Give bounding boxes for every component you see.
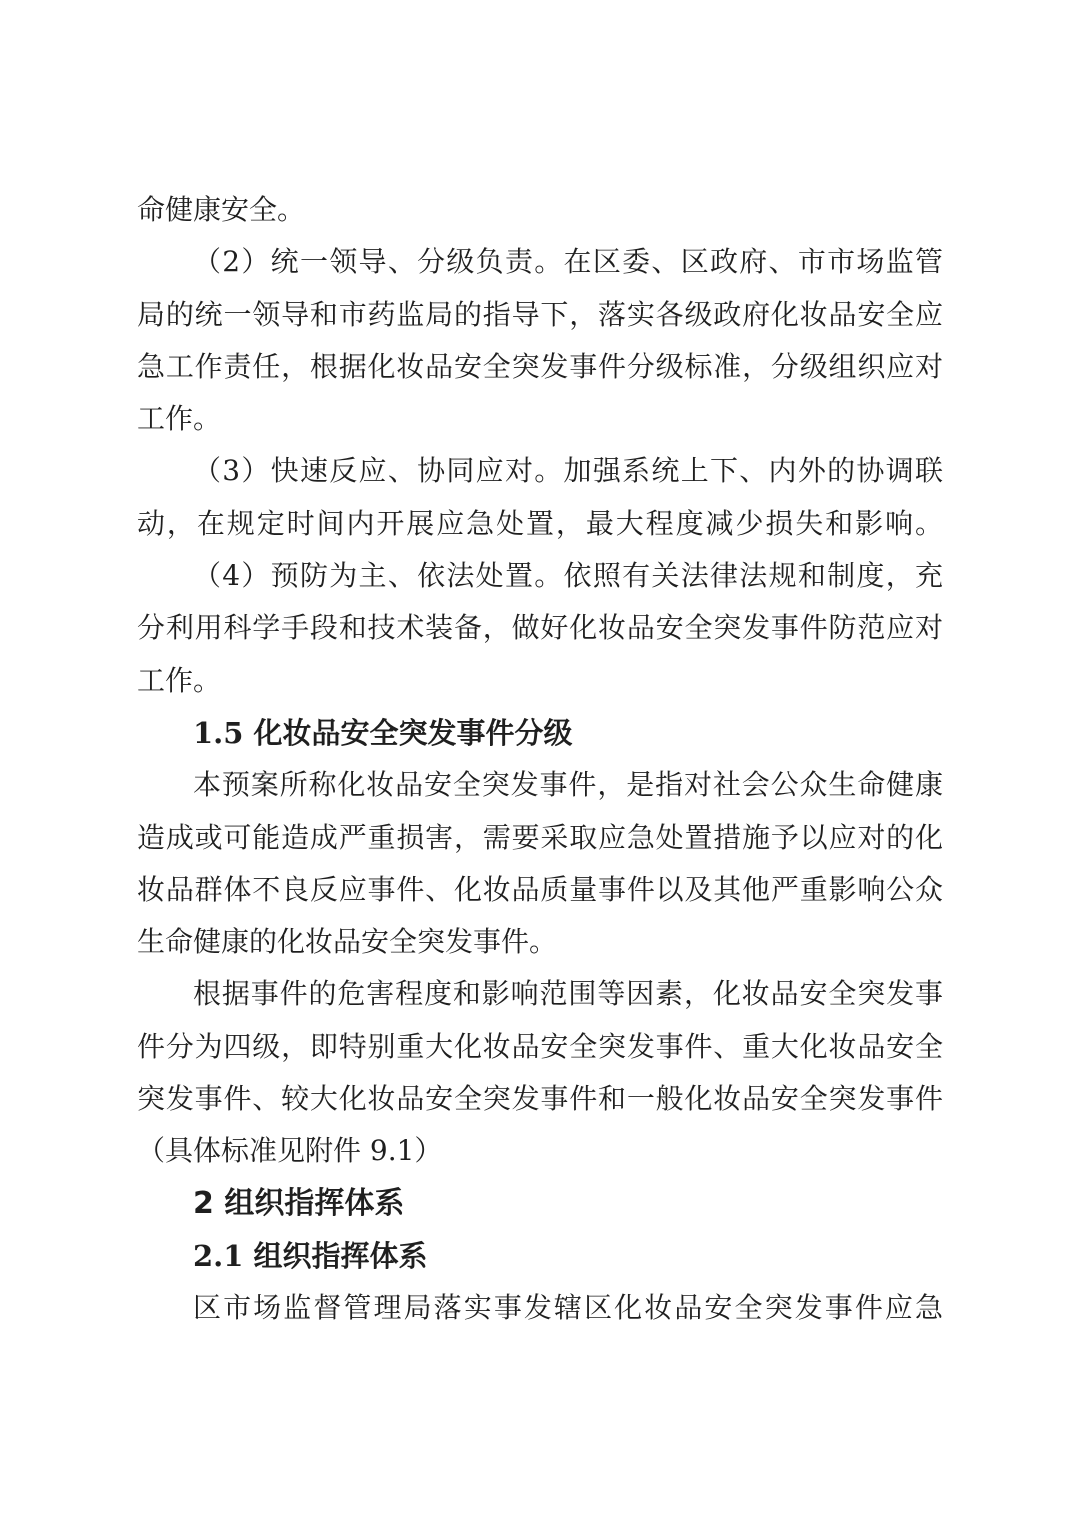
text-line: 急工作责任，根据化妆品安全突发事件分级标准，分级组织应对 [137,341,943,393]
text-line: 工作。 [137,393,943,445]
text-line: （2）统一领导、分级负责。在区委、区政府、市市场监管 [137,236,943,288]
text-line: 妆品群体不良反应事件、化妆品质量事件以及其他严重影响公众 [137,864,943,916]
text-line: 突发事件、较大化妆品安全突发事件和一般化妆品安全突发事件 [137,1073,943,1125]
section-heading: 2 组织指挥体系 [137,1178,943,1230]
text-column: 命健康安全。（2）统一领导、分级负责。在区委、区政府、市市场监管局的统一领导和市… [137,184,943,1335]
text-line: 工作。 [137,655,943,707]
text-line: 本预案所称化妆品安全突发事件，是指对社会公众生命健康 [137,759,943,811]
subsection-heading: 1.5 化妆品安全突发事件分级 [137,707,943,759]
text-line: 根据事件的危害程度和影响范围等因素，化妆品安全突发事 [137,968,943,1020]
text-line: 造成或可能造成严重损害，需要采取应急处置措施予以应对的化 [137,812,943,864]
text-line: 局的统一领导和市药监局的指导下，落实各级政府化妆品安全应 [137,289,943,341]
document-page: 命健康安全。（2）统一领导、分级负责。在区委、区政府、市市场监管局的统一领导和市… [0,0,1074,1520]
text-line: 件分为四级，即特别重大化妆品安全突发事件、重大化妆品安全 [137,1021,943,1073]
text-line: （4）预防为主、依法处置。依照有关法律法规和制度，充 [137,550,943,602]
text-line: （具体标准见附件 9.1） [137,1125,943,1177]
text-line: （3）快速反应、协同应对。加强系统上下、内外的协调联 [137,445,943,497]
text-line: 分利用科学手段和技术装备，做好化妆品安全突发事件防范应对 [137,602,943,654]
subsection-heading: 2.1 组织指挥体系 [137,1230,943,1282]
text-line: 动，在规定时间内开展应急处置，最大程度减少损失和影响。 [137,498,943,550]
text-line: 区市场监督管理局落实事发辖区化妆品安全突发事件应急 [137,1282,943,1334]
text-line: 命健康安全。 [137,184,943,236]
text-line: 生命健康的化妆品安全突发事件。 [137,916,943,968]
